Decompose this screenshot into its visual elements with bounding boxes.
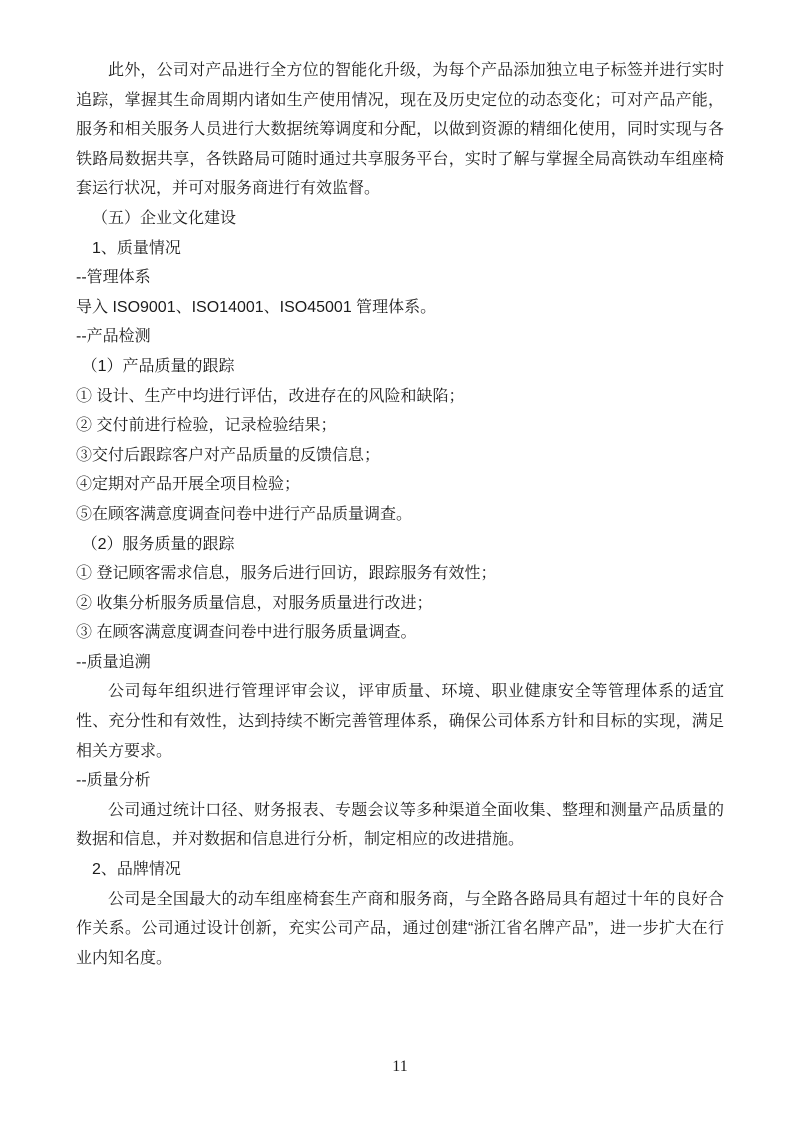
list-item-service-quality-1: ① 登记顾客需求信息，服务后进行回访，跟踪服务有效性； <box>76 559 724 589</box>
paragraph-smart-upgrade: 此外，公司对产品进行全方位的智能化升级，为每个产品添加独立电子标签并进行实时追踪… <box>76 56 724 204</box>
page-number: 11 <box>0 1058 800 1076</box>
list-item-product-quality-5: ⑤在顾客满意度调查问卷中进行产品质量调查。 <box>76 500 724 530</box>
heading-quality-status: 1、质量情况 <box>76 234 724 264</box>
list-item-product-quality-3: ③交付后跟踪客户对产品质量的反馈信息； <box>76 441 724 471</box>
line-quality-analysis: --质量分析 <box>76 766 724 796</box>
list-item-service-quality-3: ③ 在顾客满意度调查问卷中进行服务质量调查。 <box>76 618 724 648</box>
document-page: 此外，公司对产品进行全方位的智能化升级，为每个产品添加独立电子标签并进行实时追踪… <box>0 0 800 1131</box>
line-management-system: --管理体系 <box>76 263 724 293</box>
document-body: 此外，公司对产品进行全方位的智能化升级，为每个产品添加独立电子标签并进行实时追踪… <box>76 56 724 973</box>
line-iso-systems: 导入 ISO9001、ISO14001、ISO45001 管理体系。 <box>76 293 724 323</box>
list-item-service-quality-2: ② 收集分析服务质量信息，对服务质量进行改进； <box>76 589 724 619</box>
list-item-product-quality-2: ② 交付前进行检验，记录检验结果； <box>76 411 724 441</box>
line-product-inspection: --产品检测 <box>76 322 724 352</box>
heading-service-quality-tracking: （2）服务质量的跟踪 <box>76 530 724 560</box>
list-item-product-quality-1: ① 设计、生产中均进行评估，改进存在的风险和缺陷； <box>76 382 724 412</box>
line-quality-traceability: --质量追溯 <box>76 648 724 678</box>
heading-product-quality-tracking: （1）产品质量的跟踪 <box>76 352 724 382</box>
heading-corporate-culture: （五）企业文化建设 <box>76 204 724 234</box>
paragraph-quality-analysis: 公司通过统计口径、财务报表、专题会议等多种渠道全面收集、整理和测量产品质量的数据… <box>76 796 724 855</box>
paragraph-brand: 公司是全国最大的动车组座椅套生产商和服务商，与全路各路局具有超过十年的良好合作关… <box>76 885 724 974</box>
list-item-product-quality-4: ④定期对产品开展全项目检验； <box>76 470 724 500</box>
heading-brand-status: 2、品牌情况 <box>76 855 724 885</box>
paragraph-quality-traceability: 公司每年组织进行管理评审会议，评审质量、环境、职业健康安全等管理体系的适宜性、充… <box>76 677 724 766</box>
